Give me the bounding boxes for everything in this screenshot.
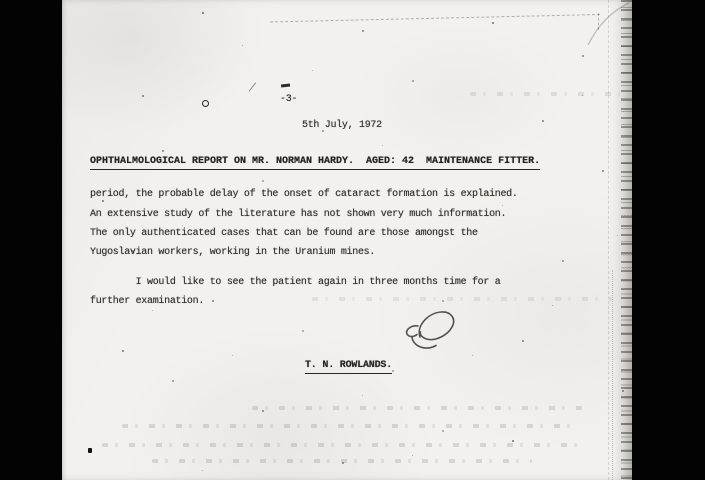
- scan-smudge: [102, 443, 582, 447]
- body-line: I would like to see the patient again in…: [90, 277, 500, 297]
- handwritten-signature: [398, 306, 460, 356]
- body-line: The only authenticated cases that can be…: [90, 228, 478, 248]
- dust-specks-light: [62, 0, 63, 1]
- report-title: OPHTHALMOLOGICAL REPORT ON MR. NORMAN HA…: [90, 156, 540, 170]
- ink-blot: [88, 448, 92, 453]
- page-number: -3-: [280, 94, 297, 105]
- stamp-o-mark: [202, 100, 209, 107]
- scan-smudge: [252, 406, 582, 410]
- paper-sheet: -3- 5th July, 1972 OPHTHALMOLOGICAL REPO…: [62, 0, 632, 480]
- pencil-line-artifact: [270, 14, 600, 22]
- scan-smudge: [122, 424, 572, 428]
- body-line: period, the probable delay of the onset …: [90, 189, 518, 209]
- body-line: further examination.: [90, 296, 204, 316]
- scan-smudge: [152, 459, 532, 463]
- pencil-tick-artifact: [249, 82, 263, 96]
- paper-crease-line: [608, 0, 609, 480]
- report-date: 5th July, 1972: [302, 120, 382, 131]
- body-line: An extensive study of the literature has…: [90, 209, 506, 229]
- scan-smudge: [312, 297, 612, 301]
- scanned-document-viewport: -3- 5th July, 1972 OPHTHALMOLOGICAL REPO…: [0, 0, 705, 480]
- scan-smudge: [470, 92, 620, 96]
- signer-name: T. N. ROWLANDS.: [305, 360, 392, 374]
- paper-crease-line-lower: [612, 270, 613, 480]
- stray-dash-mark: [281, 83, 290, 87]
- body-line: Yugoslavian workers, working in the Uran…: [90, 247, 375, 267]
- torn-paper-edge: [621, 0, 632, 480]
